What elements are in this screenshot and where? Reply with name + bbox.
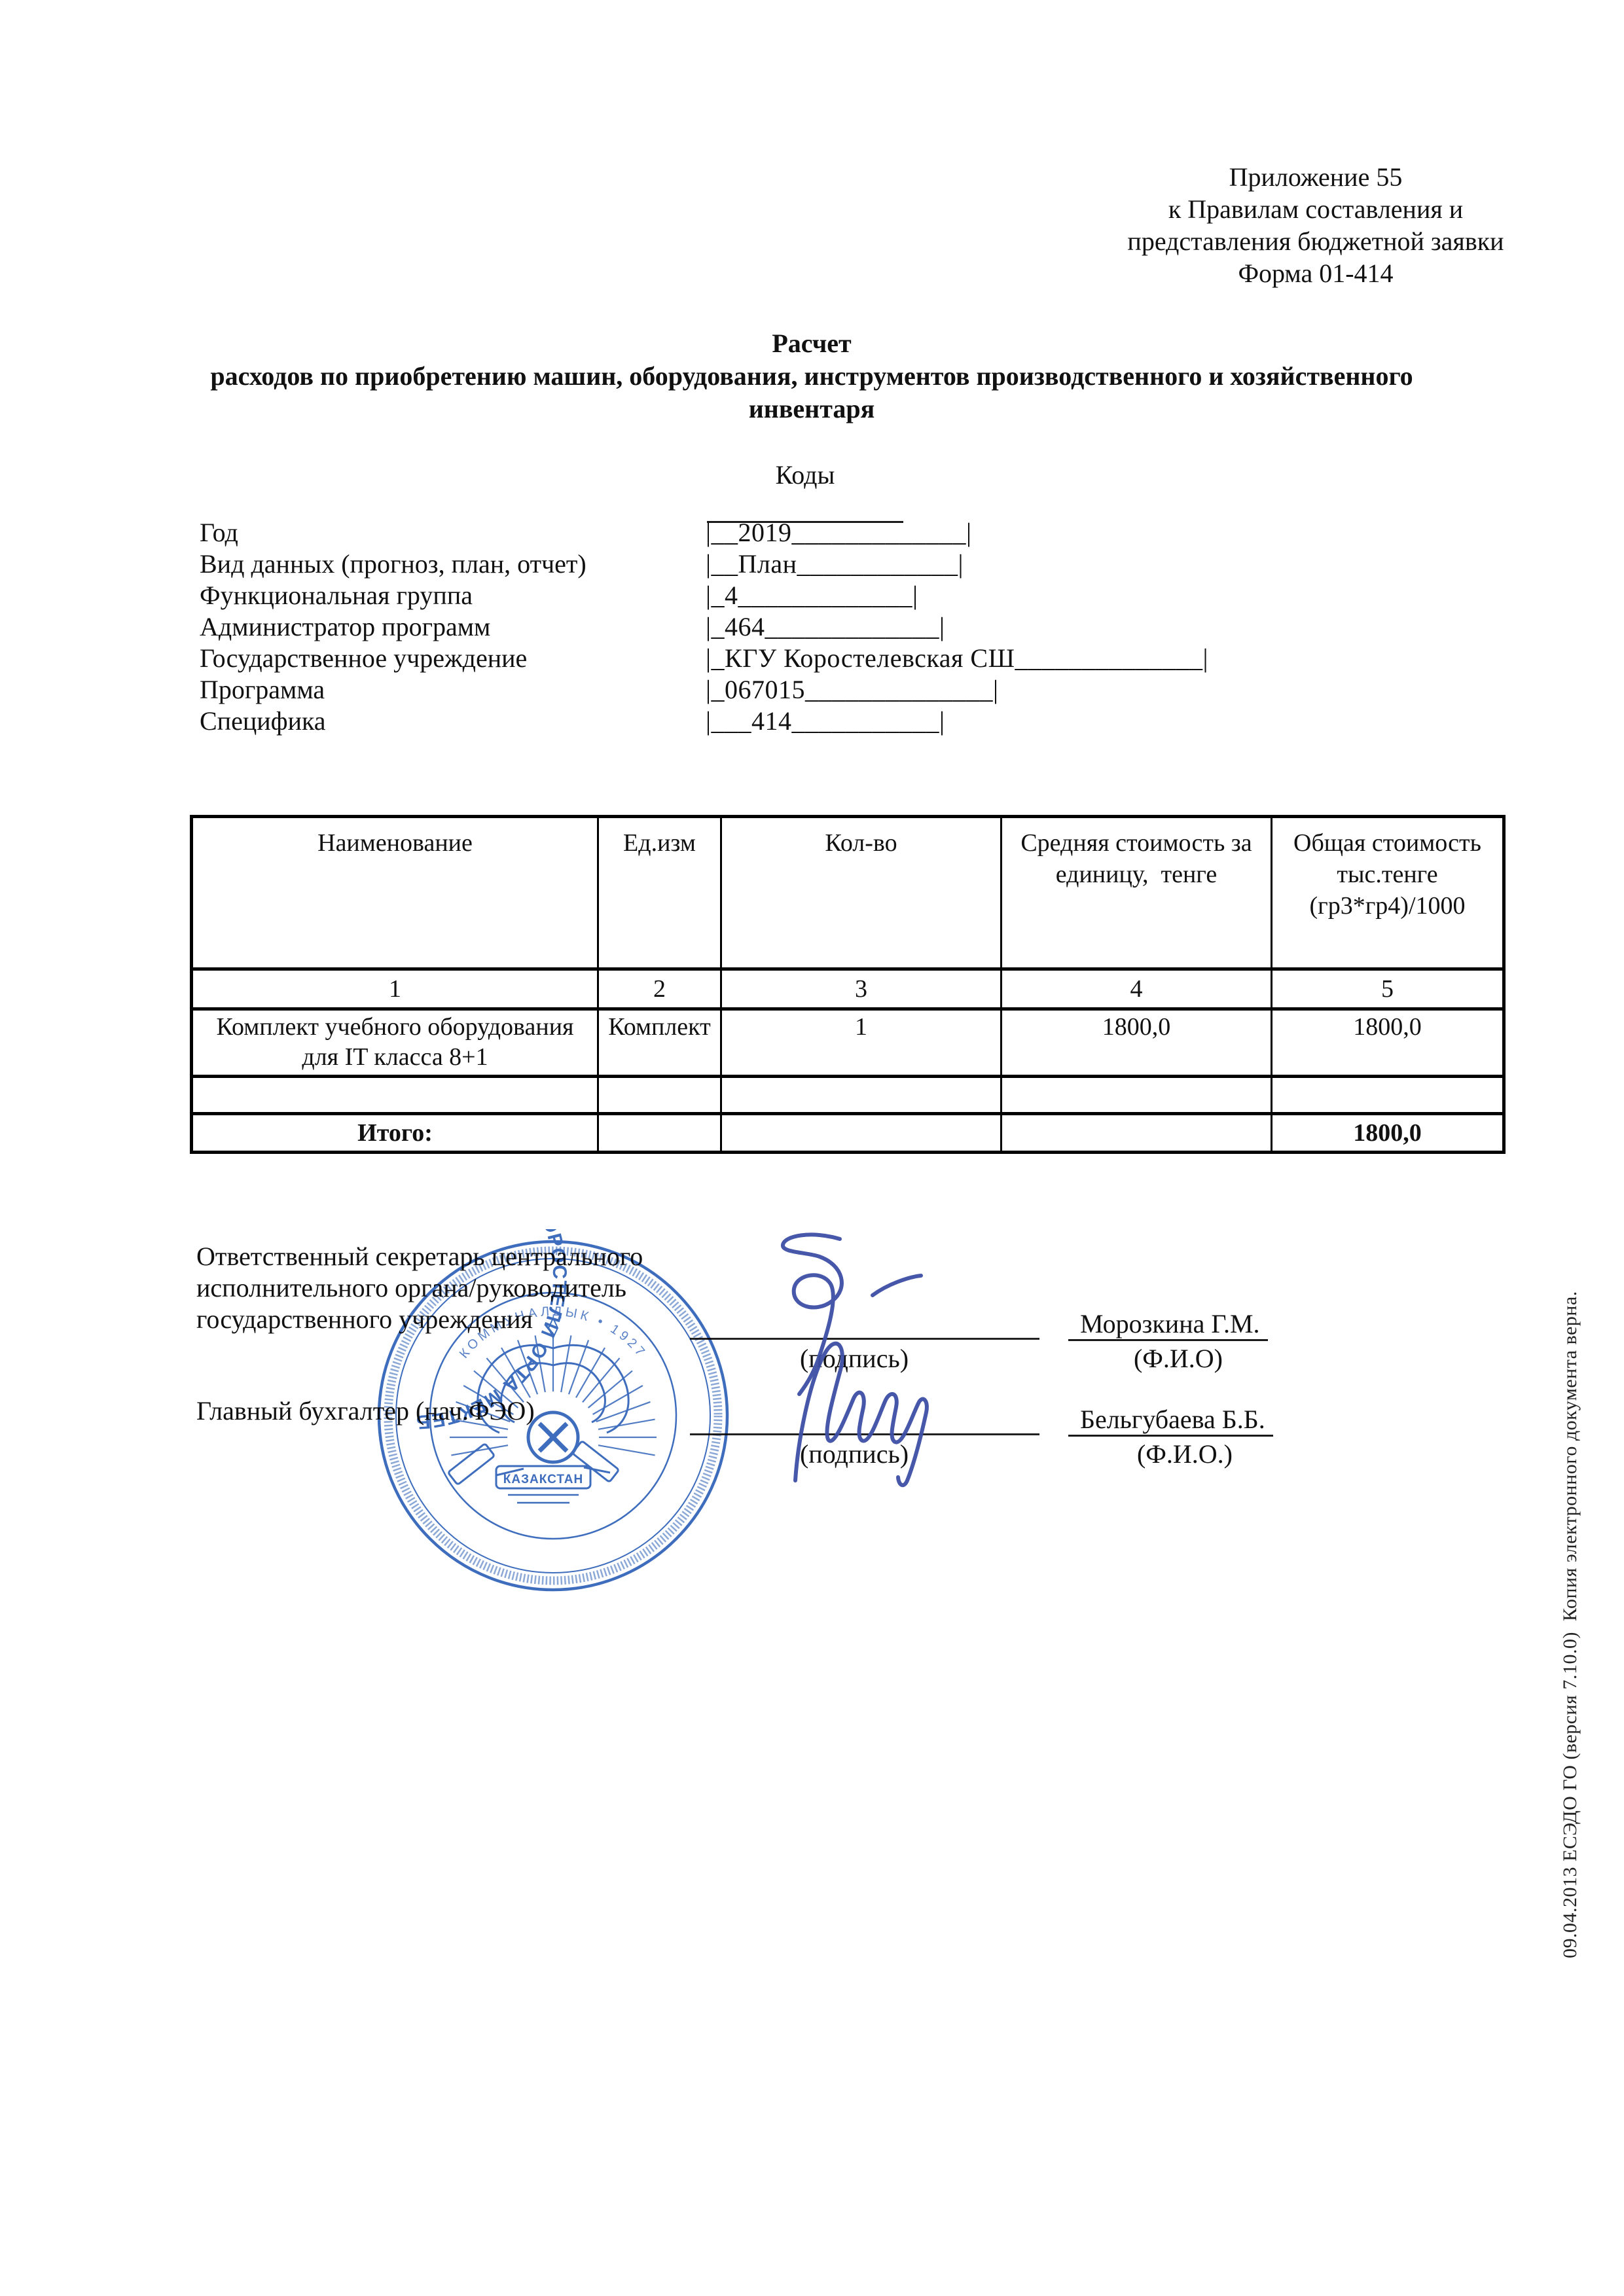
field-row-program-admin: Администратор программ |_464____________… (200, 611, 586, 643)
field-label: Вид данных (прогноз, план, отчет) (200, 549, 586, 579)
signature-line-1 (690, 1319, 1039, 1340)
table-total-row: Итого: 1800,0 (192, 1114, 1504, 1153)
form-number: Форма 01-414 (1106, 257, 1525, 289)
title-line: Расчет (154, 327, 1470, 360)
field-row-institution: Государственное учреждение |_КГУ Коросте… (200, 643, 586, 674)
signer-role-accountant: Главный бухгалтер (нач.ФЭО) (196, 1395, 535, 1426)
field-value-box: |___414___________| (706, 706, 945, 736)
fio-caption-2: (Ф.И.О.) (1077, 1439, 1293, 1469)
field-value-box: |__2019_____________| (706, 517, 972, 548)
signature-caption-1: (подпись) (743, 1343, 965, 1374)
fio-caption-1: (Ф.И.О) (1070, 1343, 1286, 1374)
field-label: Функциональная группа (200, 581, 473, 610)
field-row-data-type: Вид данных (прогноз, план, отчет) |__Пла… (200, 548, 586, 580)
field-label: Год (200, 518, 238, 547)
field-value-box: |_067015______________| (706, 674, 999, 705)
appendix-line: представления бюджетной заявки (1106, 225, 1525, 257)
stamp-rays (450, 1334, 657, 1455)
item-qty-cell: 1 (721, 1009, 1001, 1077)
field-row-program: Программа |_067015______________| (200, 674, 586, 706)
total-label-cell: Итого: (192, 1114, 598, 1153)
title-line: расходов по приобретению машин, оборудов… (154, 360, 1470, 393)
document-page: Приложение 55 к Правилам составления и п… (0, 0, 1624, 2296)
empty-cell (721, 1077, 1001, 1114)
appendix-note: Приложение 55 к Правилам составления и п… (1106, 161, 1525, 289)
field-value-box: |_464_____________| (706, 611, 945, 642)
column-number: 2 (598, 969, 721, 1009)
field-value-box: |_4_____________| (706, 580, 918, 611)
table-row: Комплект учебного оборудования для IT кл… (192, 1009, 1504, 1077)
codes-label: Коды (720, 459, 890, 490)
field-label: Администратор программ (200, 612, 490, 641)
empty-cell (721, 1114, 1001, 1153)
field-row-specifics: Специфика |___414___________| (200, 706, 586, 737)
item-name-cell: Комплект учебного оборудования для IT кл… (192, 1009, 598, 1077)
item-unit-cell: Комплект (598, 1009, 721, 1077)
column-number: 3 (721, 969, 1001, 1009)
field-value-box: |_КГУ Коростелевская СШ______________| (706, 643, 1208, 673)
empty-cell (1001, 1077, 1272, 1114)
empty-cell (598, 1077, 721, 1114)
signer-name-2: Бельгубаева Б.Б. (1068, 1405, 1273, 1437)
code-fields: Год |__2019_____________| Вид данных (пр… (200, 517, 586, 737)
role-line: Ответственный секретарь центрального (196, 1241, 643, 1272)
signer-name-1: Морозкина Г.М. (1068, 1310, 1268, 1341)
stamp-shanyrak (528, 1412, 578, 1462)
column-header-unit: Ед.изм (598, 817, 721, 969)
empty-cell (192, 1077, 598, 1114)
table-header-row: Наименование Ед.изм Кол-во Средняя стоим… (192, 817, 1504, 969)
field-row-functional-group: Функциональная группа |_4_____________| (200, 580, 586, 611)
field-row-year: Год |__2019_____________| (200, 517, 586, 548)
column-header-name: Наименование (192, 817, 598, 969)
field-value-box: |__План____________| (706, 548, 964, 579)
signer-role-secretary: Ответственный секретарь центрального исп… (196, 1241, 643, 1335)
electronic-copy-note: 09.04.2013 ЕСЭДО ГО (версия 7.10.0) Копи… (1559, 1274, 1581, 1958)
column-number: 4 (1001, 969, 1272, 1009)
stamp-flags (448, 1441, 619, 1484)
column-header-total: Общая стоимость тыс.тенге (гр3*гр4)/1000 (1272, 817, 1504, 969)
signature-line-2 (690, 1415, 1039, 1435)
stamp-banner (496, 1466, 590, 1503)
expenses-table: Наименование Ед.изм Кол-во Средняя стоим… (190, 815, 1506, 1154)
stamp-banner-text: КАЗАКСТАН (503, 1473, 583, 1486)
expenses-table-wrap: Наименование Ед.изм Кол-во Средняя стоим… (190, 815, 1502, 1154)
item-unit-price-cell: 1800,0 (1001, 1009, 1272, 1077)
column-number: 5 (1272, 969, 1504, 1009)
column-number-row: 1 2 3 4 5 (192, 969, 1504, 1009)
signature-caption-2: (подпись) (743, 1439, 965, 1469)
empty-cell (598, 1114, 721, 1153)
role-line: исполнительного органа/руководитель (196, 1272, 643, 1304)
table-row-empty (192, 1077, 1504, 1114)
empty-cell (1272, 1077, 1504, 1114)
item-total-cell: 1800,0 (1272, 1009, 1504, 1077)
field-label: Государственное учреждение (200, 643, 527, 673)
role-line: государственного учреждения (196, 1304, 643, 1335)
column-number: 1 (192, 969, 598, 1009)
column-header-qty: Кол-во (721, 817, 1001, 969)
title-line: инвентаря (154, 393, 1470, 425)
document-title: Расчет расходов по приобретению машин, о… (154, 327, 1470, 425)
empty-cell (1001, 1114, 1272, 1153)
total-value-cell: 1800,0 (1272, 1114, 1504, 1153)
appendix-line: к Правилам составления и (1106, 193, 1525, 225)
appendix-line: Приложение 55 (1106, 161, 1525, 193)
field-label: Специфика (200, 706, 326, 736)
signature-stroke-1b (873, 1276, 921, 1295)
field-label: Программа (200, 675, 325, 704)
column-header-unit-price: Средняя стоимость за единицу, тенге (1001, 817, 1272, 969)
